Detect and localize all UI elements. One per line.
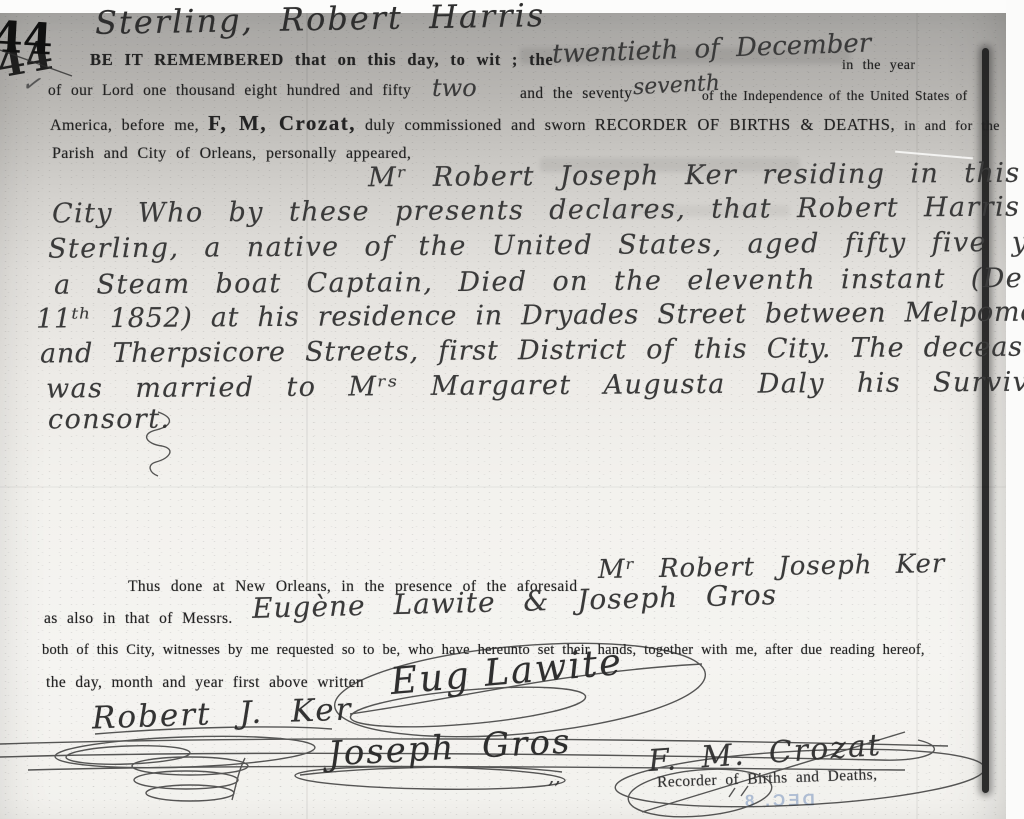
declaration-line: Mʳ Robert Joseph Ker residing in this [368, 158, 1021, 194]
declaration-line: consort. [48, 404, 171, 436]
independence-printed: and the seventy [520, 85, 632, 103]
date-line-printed: the day, month and year first above writ… [46, 674, 364, 692]
in-and-for-printed: in and for the [904, 119, 1000, 135]
year-handwritten: two [432, 74, 477, 102]
year-printed: of our Lord one thousand eight hundred a… [48, 82, 411, 100]
ditto-marks: ,, [548, 764, 561, 788]
recorder-name-printed: F, M, Crozat, [208, 111, 356, 136]
parish-line-printed: Parish and City of Orleans, personally a… [52, 145, 411, 163]
blue-date-stamp: DEC. 8 [742, 790, 815, 811]
check-mark: ✓ [20, 71, 42, 98]
independence-rest: of the Independence of the United States… [702, 88, 968, 104]
fold-crease [0, 486, 1006, 488]
preamble-opening: BE IT REMEMBERED that on this day, to wi… [90, 50, 554, 70]
before-me-printed: America, before me, [50, 117, 199, 135]
as-also-printed: as also in that of Messrs. [44, 610, 233, 628]
scanner-white-edge [1006, 0, 1024, 819]
office-printed: RECORDER OF BIRTHS & DEATHS, [595, 115, 895, 135]
declaration-line: a Steam boat Captain, Died on the eleven… [54, 262, 1024, 301]
scanned-death-record: 44 44 ✓ Sterling, Robert Harris BE IT RE… [0, 0, 1024, 819]
in-the-year-printed: in the year [842, 58, 915, 74]
commissioned-printed: duly commissioned and sworn [365, 117, 586, 135]
